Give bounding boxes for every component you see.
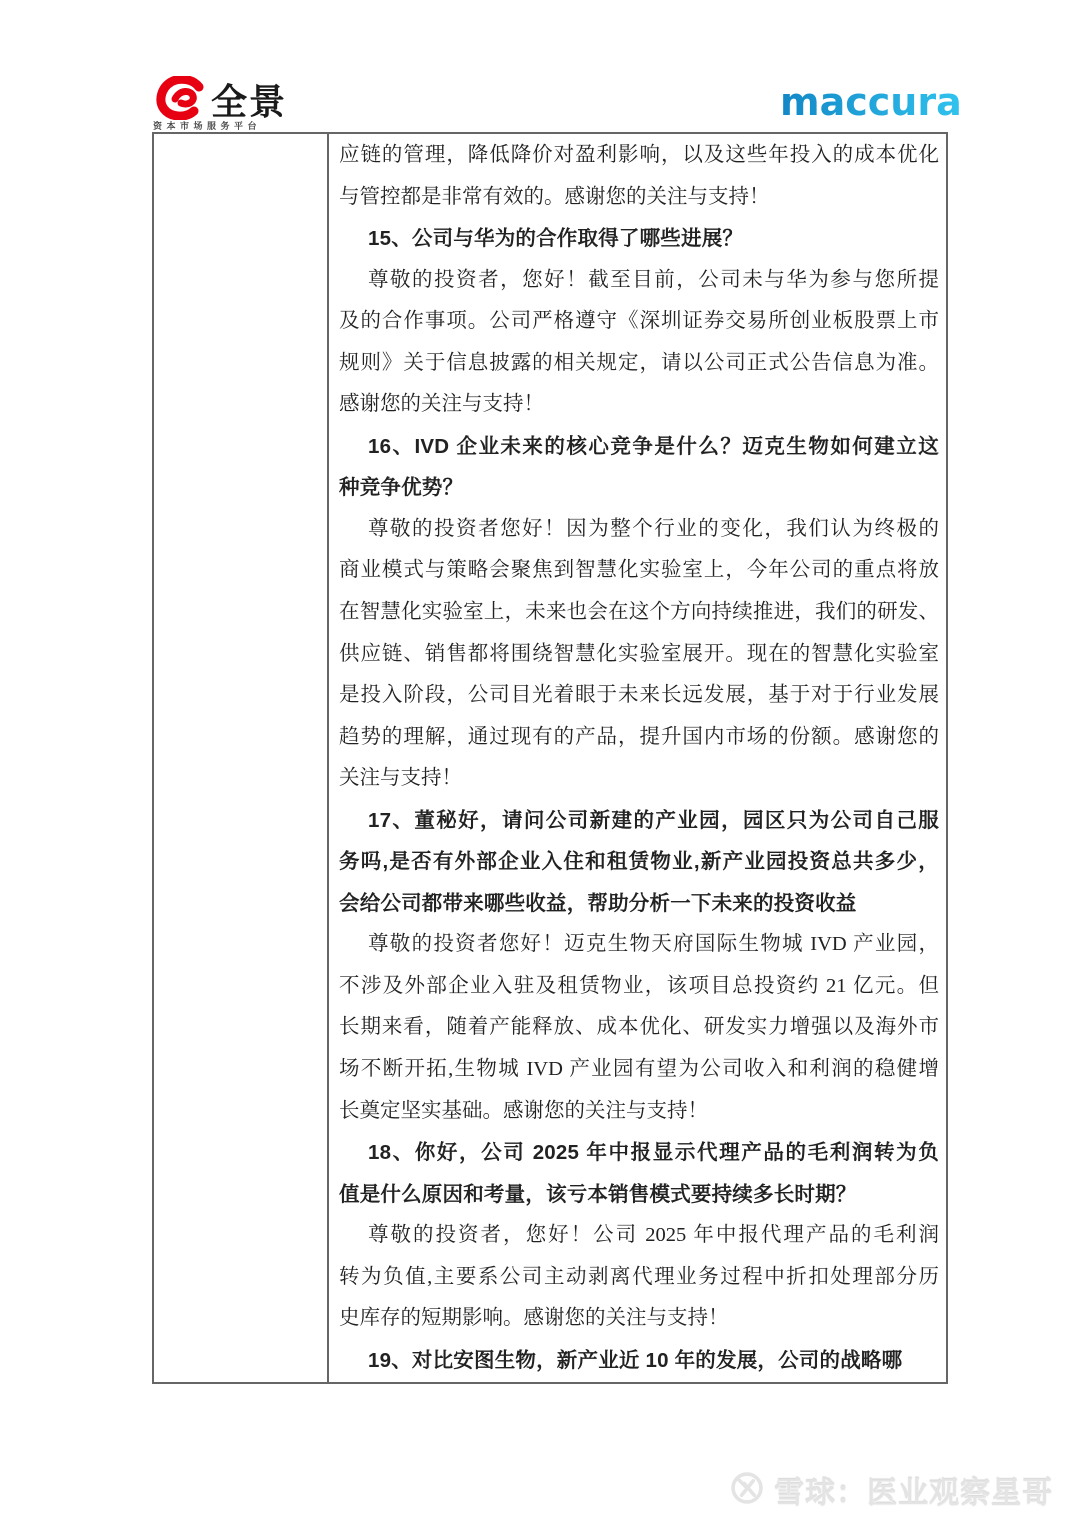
question-line: 19、对比安图生物，新产业近 10 年的发展，公司的战略哪	[339, 1340, 939, 1382]
xueqiu-logo-icon	[729, 1470, 765, 1511]
answer-line: 尊敬的投资者您好！因为整个行业的变化，我们认为终极的	[339, 509, 939, 551]
quanjing-logo-tagline: 资本市场服务平台	[153, 119, 261, 132]
quanjing-logo: 全景 资本市场服务平台	[153, 72, 343, 130]
answer-line: 商业模式与策略会聚焦到智慧化实验室上，今年公司的重点将放	[339, 550, 939, 592]
answer-line: 规则》关于信息披露的相关规定，请以公司正式公告信息为准。	[339, 343, 939, 385]
question-line: 种竞争优势？	[339, 467, 939, 509]
answer-line: 转为负值,主要系公司主动剥离代理业务过程中折扣处理部分历	[339, 1257, 939, 1299]
question-line: 会给公司都带来哪些收益，帮助分析一下未来的投资收益	[339, 883, 939, 925]
question-line: 16、IVD 企业未来的核心竞争是什么？迈克生物如何建立这	[339, 426, 939, 468]
question-line: 18、你好，公司 2025 年中报显示代理产品的毛利润转为负	[339, 1132, 939, 1174]
qa-table: 应链的管理，降低降价对盈利影响，以及这些年投入的成本优化与管控都是非常有效的。感…	[152, 132, 948, 1384]
answer-continuation-line: 与管控都是非常有效的。感谢您的关注与支持！	[339, 177, 939, 219]
answer-line: 尊敬的投资者，您好！截至目前，公司未与华为参与您所提	[339, 260, 939, 302]
question-line: 15、公司与华为的合作取得了哪些进展？	[339, 218, 939, 260]
answer-line: 不涉及外部企业入驻及租赁物业，该项目总投资约 21 亿元。但	[339, 966, 939, 1008]
qa-table-left-cell	[154, 134, 329, 1382]
answer-line: 在智慧化实验室上，未来也会在这个方向持续推进，我们的研发、	[339, 592, 939, 634]
answer-line: 场不断开拓,生物城 IVD 产业园有望为公司收入和利润的稳健增	[339, 1049, 939, 1091]
question-line: 值是什么原因和考量，该亏本销售模式要持续多长时期？	[339, 1174, 939, 1216]
xueqiu-watermark: 雪球：医业观察星哥	[729, 1468, 1053, 1512]
question-line: 务吗,是否有外部企业入住和租赁物业,新产业园投资总共多少，	[339, 841, 939, 883]
maccura-logo: maccura	[780, 80, 962, 124]
answer-line: 趋势的理解，通过现有的产品，提升国内市场的份额。感谢您的	[339, 717, 939, 759]
answer-line: 尊敬的投资者，您好！公司 2025 年中报代理产品的毛利润	[339, 1215, 939, 1257]
answer-line: 关注与支持！	[339, 758, 939, 800]
qa-table-content-cell: 应链的管理，降低降价对盈利影响，以及这些年投入的成本优化与管控都是非常有效的。感…	[329, 134, 946, 1382]
watermark-text: 雪球：医业观察星哥	[774, 1468, 1053, 1512]
answer-line: 及的合作事项。公司严格遵守《深圳证券交易所创业板股票上市	[339, 301, 939, 343]
answer-line: 史库存的短期影响。感谢您的关注与支持！	[339, 1298, 939, 1340]
answer-line: 供应链、销售都将围绕智慧化实验室展开。现在的智慧化实验室	[339, 634, 939, 676]
answer-continuation-line: 应链的管理，降低降价对盈利影响，以及这些年投入的成本优化	[339, 135, 939, 177]
answer-line: 长期来看，随着产能释放、成本优化、研发实力增强以及海外市	[339, 1007, 939, 1049]
answer-line: 尊敬的投资者您好！迈克生物天府国际生物城 IVD 产业园，	[339, 924, 939, 966]
quanjing-logo-text: 全景	[211, 74, 287, 125]
answer-line: 长奠定坚实基础。感谢您的关注与支持！	[339, 1091, 939, 1133]
question-line: 17、董秘好，请问公司新建的产业园，园区只为公司自己服	[339, 800, 939, 842]
answer-line: 是投入阶段，公司目光着眼于未来长远发展，基于对于行业发展	[339, 675, 939, 717]
quanjing-logo-icon	[155, 76, 207, 125]
answer-line: 感谢您的关注与支持！	[339, 384, 939, 426]
